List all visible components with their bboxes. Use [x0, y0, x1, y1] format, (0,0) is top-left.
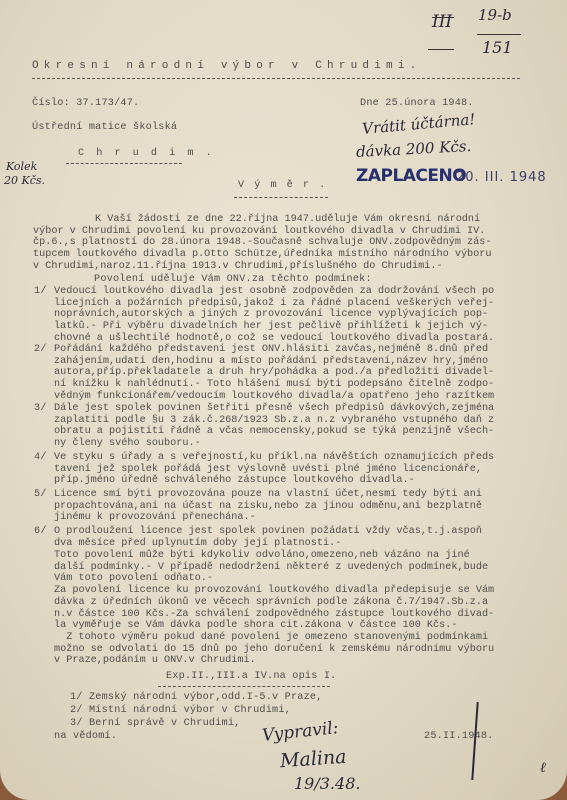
office-title: Okresní národní výbor v Chrudimi. [32, 61, 421, 73]
condition-line: autora,příp.překladatele a druh hry/pohá… [54, 367, 567, 379]
condition-line: licejních a požárních předpisů,jakož i z… [54, 298, 567, 310]
recipient-city: C h r u d i m . [78, 148, 215, 160]
condition-line: zahájením,udati den,hodinu a místo pořád… [54, 356, 567, 368]
intro-line: tupcem loutkového divadla p.Otto Schütze… [33, 249, 553, 261]
condition-5-number: 5/ [34, 489, 47, 501]
copies-heading-underline [158, 686, 330, 687]
condition-line: O prodloužení licence jest spolek povine… [54, 526, 567, 538]
condition-1-number: 1/ [34, 286, 47, 298]
condition-line: jinému k provozování přenechána.- [54, 512, 567, 524]
closing-line: Toto povolení může býti kdykoliv odvolán… [54, 550, 567, 562]
condition-2-number: 2/ [34, 344, 47, 356]
dispatched-label: Vypravil: [261, 718, 339, 746]
typed-dispatch-date: 25.II.1948. [424, 731, 493, 743]
copy-recipient-2: 2/ Místní národní výbor v Chrudimi, [70, 705, 291, 717]
closing-line: la vyměřuje se Vám dávka podle shora cit… [54, 620, 567, 632]
document-title: V ý m ě r . [238, 180, 327, 192]
closing-line: v Praze,podáním u ONV.v Chrudimi. [54, 655, 567, 667]
condition-6-number: 6/ [34, 526, 47, 538]
handwritten-note-line2: dávka 200 Kčs. [356, 137, 472, 161]
intro-line: v Chrudimi,naroz.11.října 1913.v Chrudim… [33, 261, 553, 273]
handwritten-note-line1: Vrátit účtárna! [361, 110, 476, 138]
condition-line: zaplatiti podle §u 3 zák.č.268/1923 Sb.z… [54, 415, 567, 427]
condition-line: Vedoucí loutkového divadla jest osobně z… [54, 286, 567, 298]
condition-line: Ve styku s úřady a s veřejností,ku příkl… [54, 452, 567, 464]
condition-5: Licence smí býti provozována pouze na vl… [54, 489, 567, 524]
condition-line: ní knížku k nahlédnutí.- Toto hlášení mu… [54, 379, 567, 391]
paid-stamp-date: 20. III. 1948 [456, 170, 547, 185]
condition-line: příp.jméno úředně schváleného zástupce l… [54, 475, 567, 487]
condition-6: O prodloužení licence jest spolek povine… [54, 526, 567, 549]
closing-line: dávka z úředních úkonů ve věcech správní… [54, 597, 567, 609]
copy-recipient-3: 3/ Berní správě v Chrudimi, [70, 718, 240, 730]
archive-mark-rule [428, 49, 454, 50]
copies-footer: na vědomí. [54, 731, 117, 743]
document-date: Dne 25.února 1948. [360, 98, 474, 110]
closing-line: n.v částce 100 Kčs.-Za schválení zodpově… [54, 609, 567, 621]
condition-line: Licence smí býti provozována pouze na vl… [54, 489, 567, 501]
margin-note-line2: 20 Kčs. [4, 174, 45, 187]
signature-name: Malina [279, 746, 347, 773]
archive-mark-bottom: 151 [482, 38, 513, 57]
document-page: III 19-b 151 Okresní národní výbor v Chr… [0, 0, 567, 800]
archive-mark-roman: III [432, 12, 452, 32]
paid-stamp: ZAPLACENO [356, 166, 466, 186]
condition-line: chovné a ušlechtilé hodnotě,o což se ved… [54, 333, 567, 345]
condition-line: dva měsíce před uplynutím doby její plat… [54, 538, 567, 550]
intro-line: výbor v Chrudimi povolení ku provozování… [33, 226, 553, 238]
closing-line: Z tohoto výměru pokud dané povolení je o… [54, 632, 567, 644]
closing-paragraphs: Toto povolení může býti kdykoliv odvolán… [54, 550, 567, 667]
condition-1: Vedoucí loutkového divadla jest osobně z… [54, 286, 567, 345]
signature-date: 19/3.48. [294, 774, 360, 793]
document-title-underline [234, 197, 328, 198]
condition-line: Pořádání každého představení jest ONV.hl… [54, 344, 567, 356]
condition-line: noprávních,autorských a jiných z provozo… [54, 309, 567, 321]
corner-mark: ℓ [540, 760, 546, 777]
closing-line: další podmínky.- V případě nedodržení ně… [54, 562, 567, 574]
closing-line: Vám toto povolení odňato.- [54, 573, 567, 585]
reference-number: Číslo: 37.173/47. [32, 98, 139, 110]
closing-line: Za povolení licence ku provozování loutk… [54, 585, 567, 597]
intro-line: K Vaší žádosti ze dne 22.října 1947.uděl… [33, 214, 553, 226]
condition-4-number: 4/ [34, 452, 47, 464]
title-underline [32, 78, 520, 79]
archive-mark-rule [432, 17, 454, 18]
intro-line: čp.6.,s platností do 28.února 1948.-Souč… [33, 237, 553, 249]
condition-2: Pořádání každého představení jest ONV.hl… [54, 344, 567, 403]
condition-line: obratu a pojistiti řádně a včas nemocens… [54, 426, 567, 438]
condition-line: Dále jest spolek povinen šetřiti přesně … [54, 403, 567, 415]
archive-mark-fraction-line [477, 34, 521, 35]
recipient-name: Ústřední matice školská [32, 122, 177, 134]
condition-line: ny členy svého souboru.- [54, 438, 567, 450]
condition-line: latků.- Při výběru divadelních her jest … [54, 321, 567, 333]
condition-line: tavení jež spolek pořádá jest výslovně u… [54, 464, 567, 476]
margin-note-line1: Kolek [6, 160, 37, 173]
condition-line: propachtována,ani na účast na zisku,nebo… [54, 501, 567, 513]
condition-line: vědným funkcionářem/vedoucím loutkového … [54, 391, 567, 403]
condition-3: Dále jest spolek povinen šetřiti přesně … [54, 403, 567, 450]
condition-4: Ve styku s úřady a s veřejností,ku příkl… [54, 452, 567, 487]
condition-3-number: 3/ [34, 403, 47, 415]
closing-line: možno se odvolati do 15 dnů po jeho doru… [54, 644, 567, 656]
copy-recipient-1: 1/ Zemský národní výbor,odd.I-5.v Praze, [70, 692, 323, 704]
archive-mark-top: 19-b [478, 6, 512, 24]
conditions-heading: Povolení uděluje Vám ONV.za těchto podmí… [94, 274, 372, 286]
recipient-underline [66, 163, 182, 164]
intro-paragraph: K Vaší žádosti ze dne 22.října 1947.uděl… [33, 214, 553, 273]
copies-heading: Exp.II.,III.a IV.na opis I. [166, 671, 336, 683]
